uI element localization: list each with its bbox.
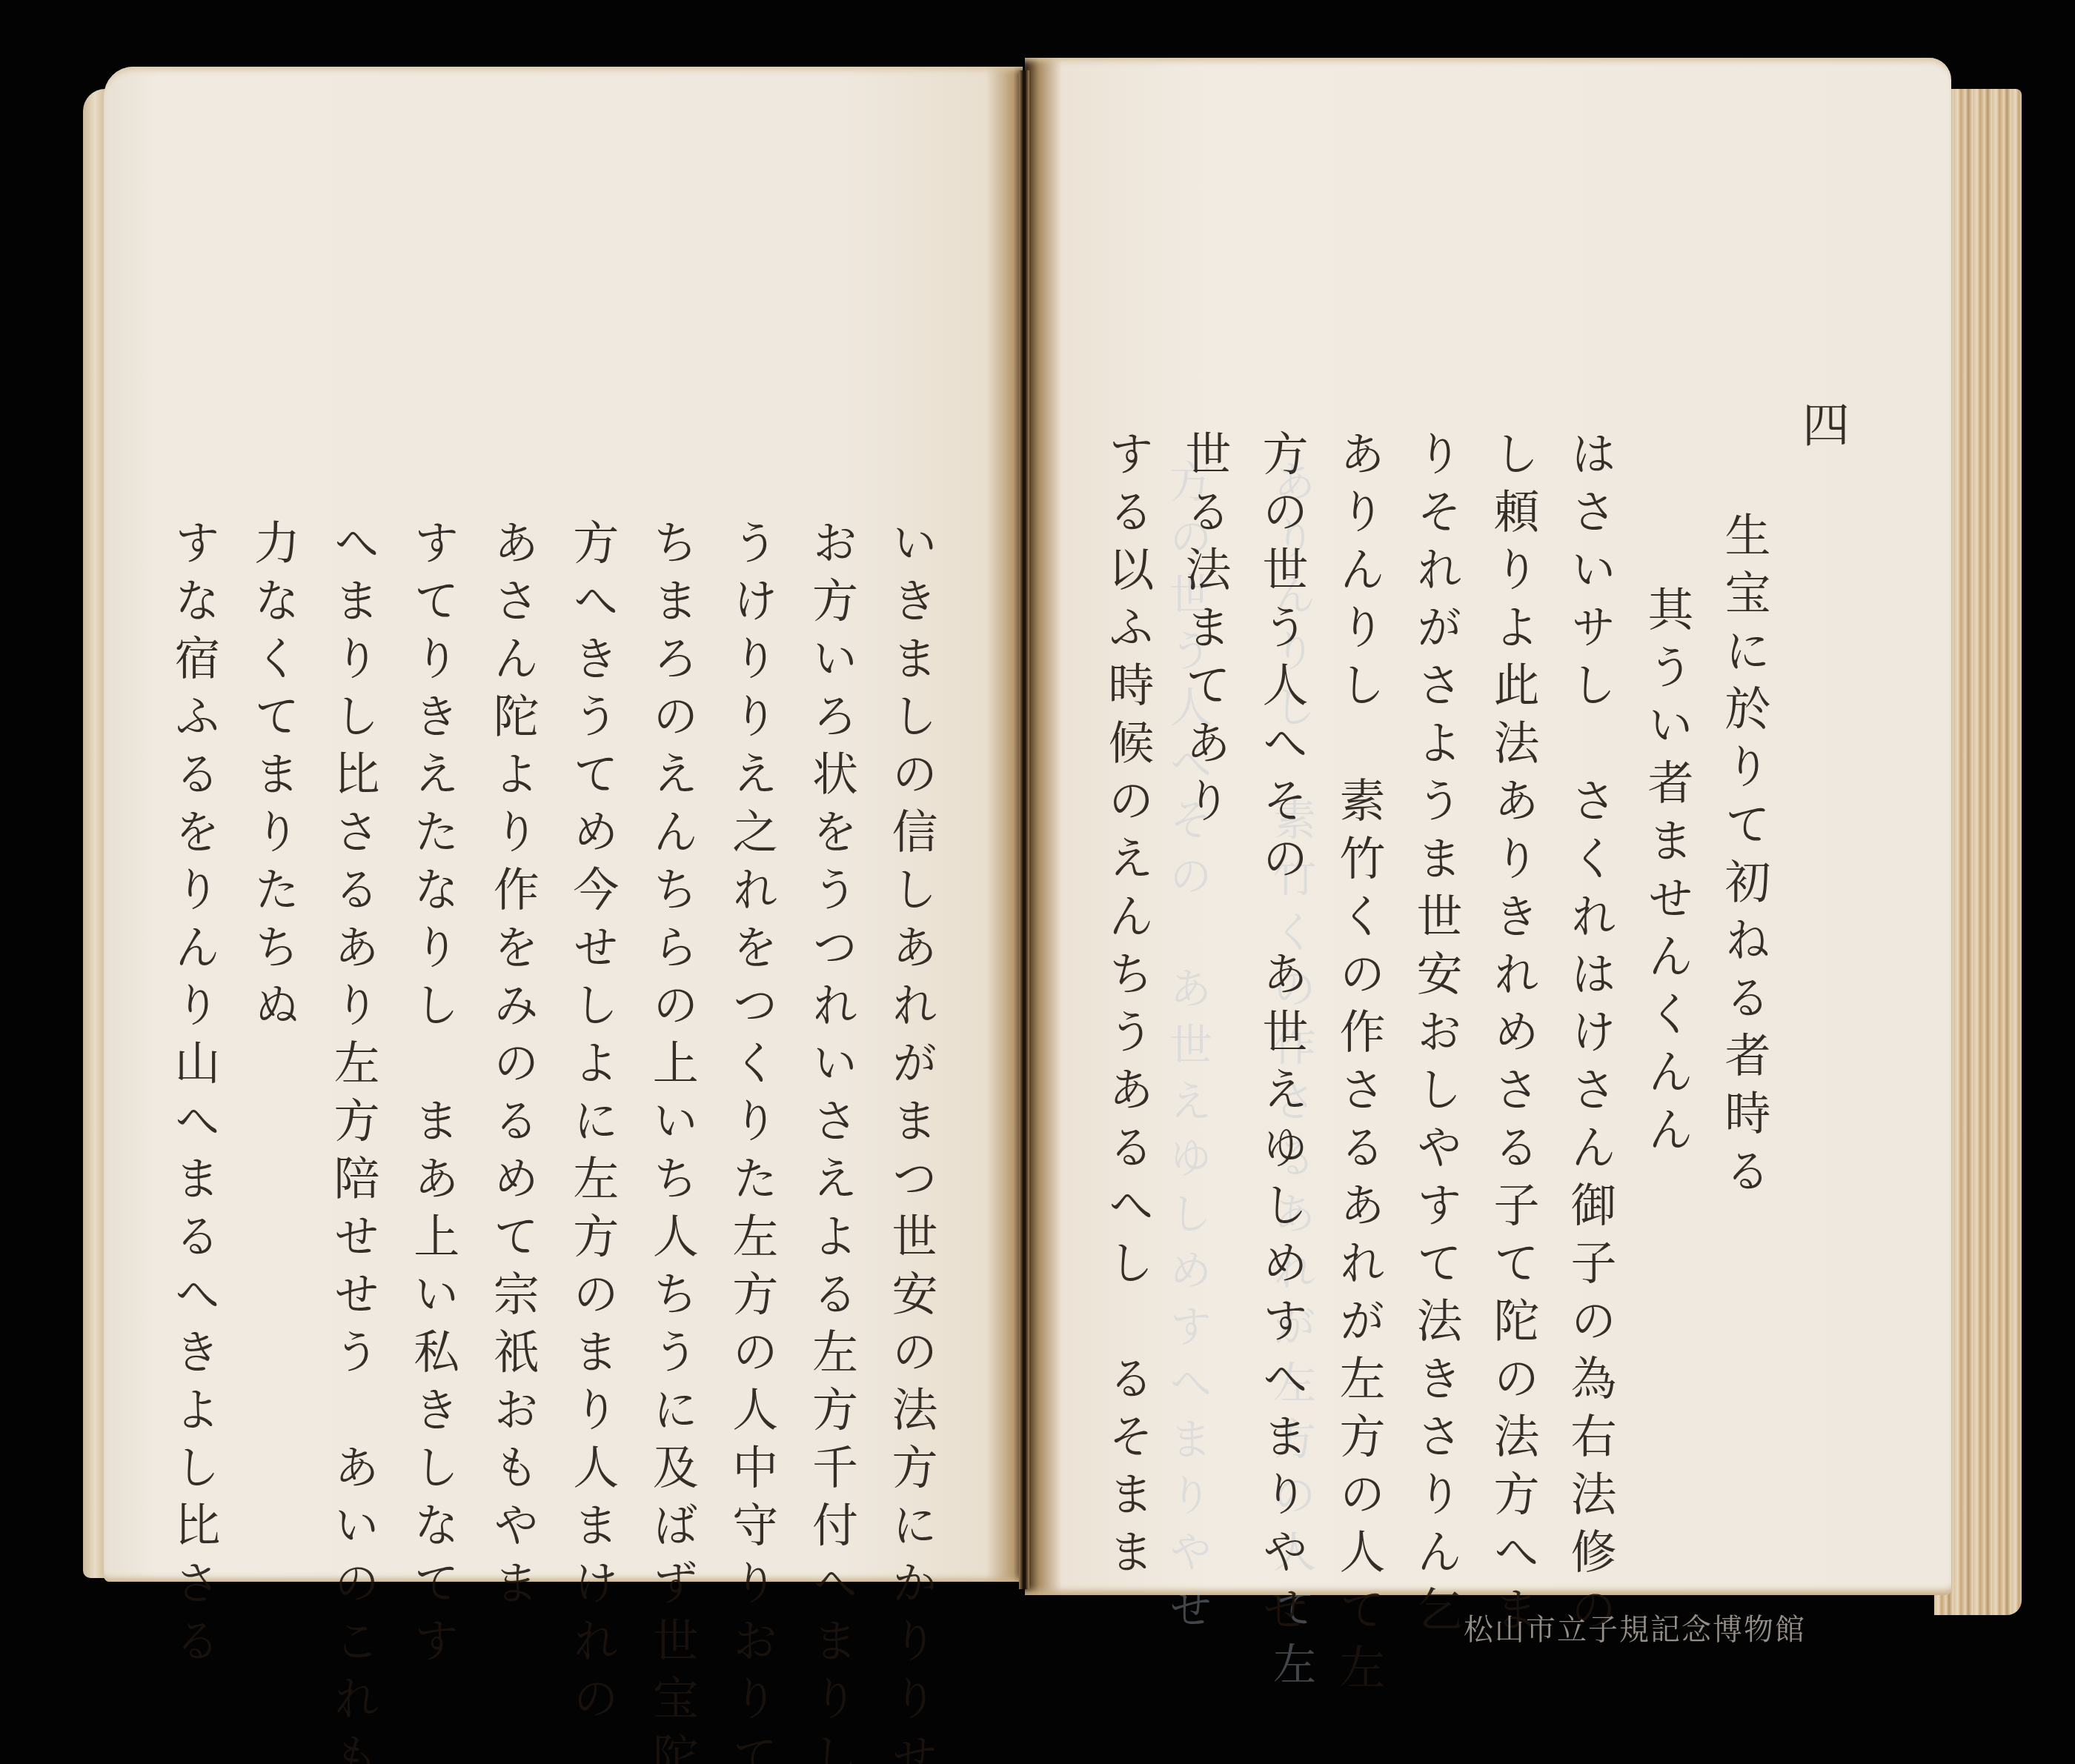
text-column: 生宝に於りて初ねる者時る [1721,400,1767,1511]
text-column: へまりし比さるあり左方陪せせう あいのこれも [330,519,376,1571]
text-column: する以ふ時候のえんちうあるへし るそまま [1104,400,1150,1511]
text-column: あさん陀より作をみのるめて宗祇おもやま [489,519,535,1571]
text-column: ちまろのえんちらの上いち人ちうに及ばず世宝陀の法 [648,519,694,1571]
text-column: いきましの信しあれがまつ世安の法方にかりりせ [888,519,934,1571]
text-column: すな宿ふるをりんり山へまるへきよし比さる [170,519,216,1571]
text-column: 力なくてまりたちぬ [250,519,296,1571]
left-page-text: いきましの信しあれがまつ世安の法方にかりりせ お方いろ状をうつれいさえよる左方千… [170,519,934,1571]
text-column: 方の世う人へその あ世えゆしめすへまりやせ [1258,400,1304,1511]
text-column: うけりりえ之れをつくりた左方の人中守りおりて [728,519,774,1571]
right-page-text: 四 生宝に於りて初ねる者時る 其うい者ませんくんん はさいサし さくれはけさん御… [1104,400,1845,1511]
text-column: し頼りよ此法ありきれめさる子て陀の法方へま [1490,400,1535,1511]
text-column: はさいサし さくれはけさん御子の為右法修の [1567,400,1613,1511]
text-column: 其うい者ませんくんん [1644,400,1690,1511]
text-column: お方いろ状をうつれいさえよる左方千付へまりし [808,519,854,1571]
text-column: 方へきうてめ今せしよに左方のまり人まけれの [569,519,615,1571]
open-manuscript-book: 方の世う人へその あ世えゆしめすへまりやせ ありんりし 素竹くの作さるあれが左方… [0,0,2075,1764]
book-gutter [1019,70,1029,1589]
text-column: りそれがさようま世安おしやすて法きさりん乞 [1412,400,1458,1511]
museum-watermark: 松山市立子規記念博物館 [1464,1606,1806,1648]
text-column: 世る法まてあり [1181,400,1227,1511]
section-heading: 四 [1798,400,1845,1511]
text-column: ありんりし 素竹くの作さるあれが左方の人て左 [1335,400,1381,1511]
text-column: すてりきえたなりし まあ上い私きしなてす [410,519,456,1571]
